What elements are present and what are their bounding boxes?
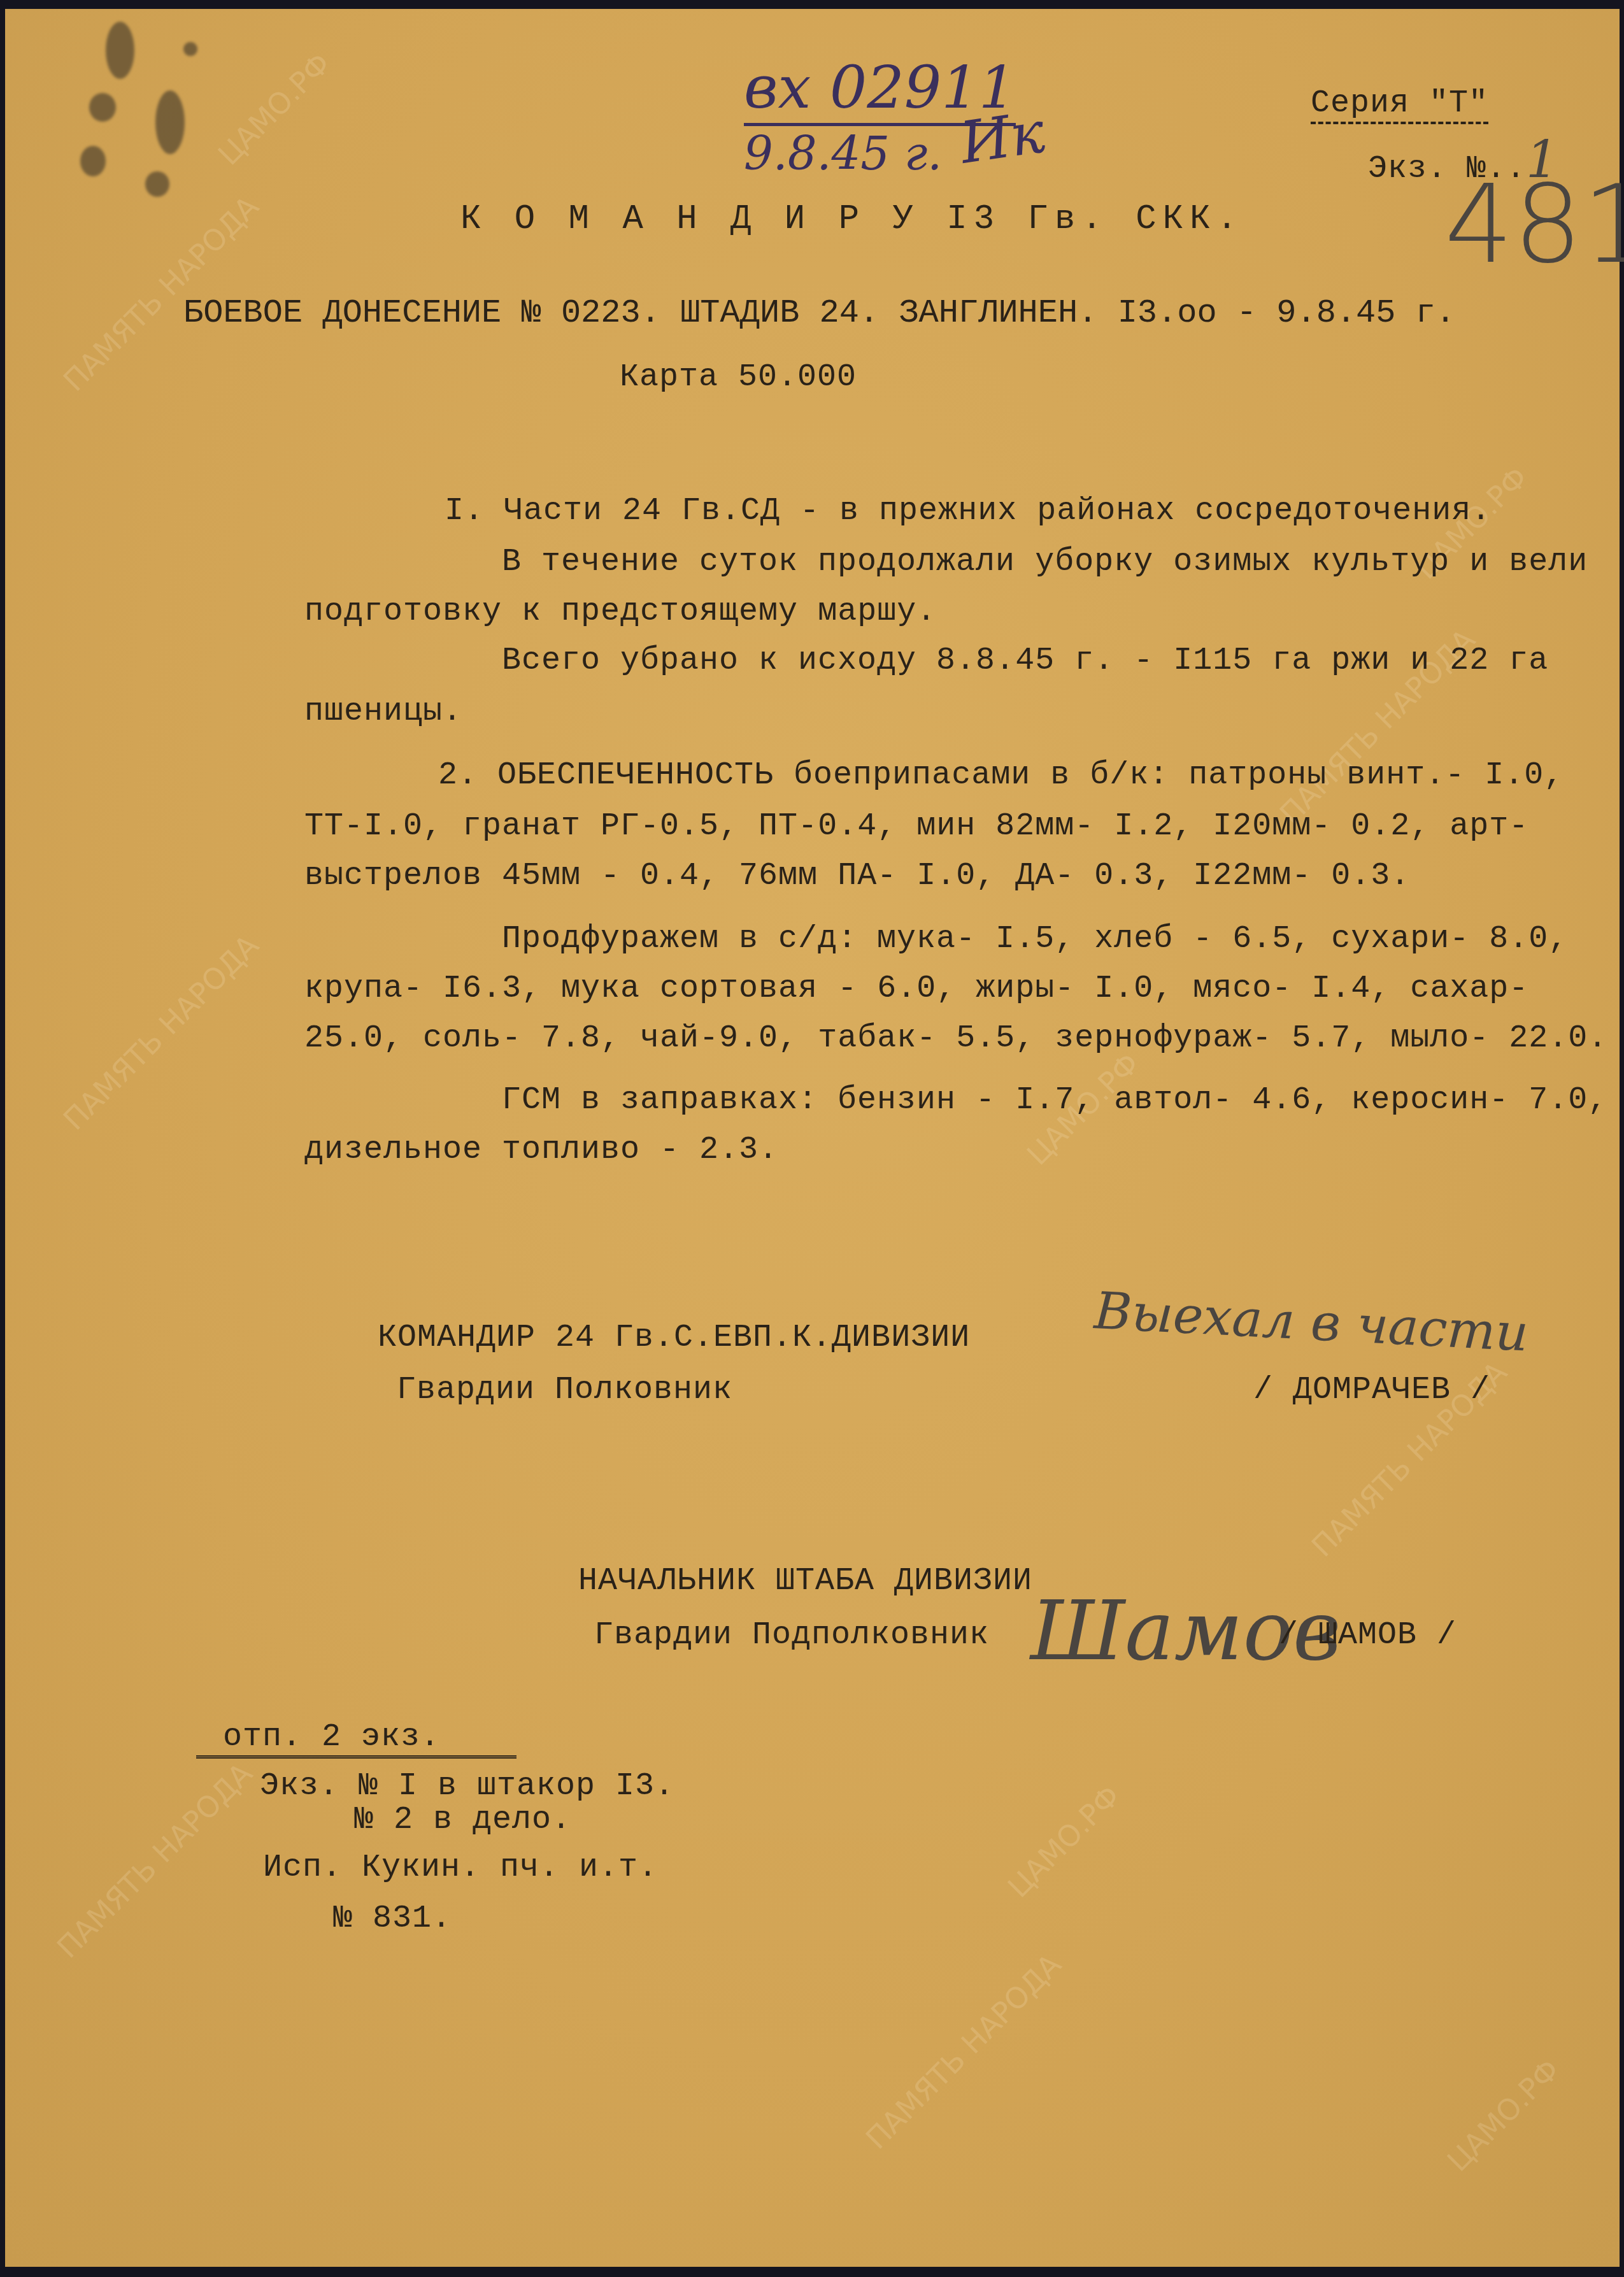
ink-stain bbox=[89, 93, 116, 122]
watermark-project: ПАМЯТЬ НАРОДА bbox=[859, 1947, 1068, 2156]
ink-stain bbox=[106, 22, 134, 79]
paragraph-2-line: ТТ-I.0, гранат РГ-0.5, ПТ-0.4, мин 82мм-… bbox=[304, 808, 1528, 845]
watermark-archive: ЦАМО.РФ bbox=[211, 46, 337, 171]
watermark-project: ПАМЯТЬ НАРОДА bbox=[57, 928, 266, 1137]
report-title: БОЕВОЕ ДОНЕСЕНИЕ № 0223. ШТАДИВ 24. ЗАНГ… bbox=[183, 294, 1455, 332]
watermark-archive: ЦАМО.РФ bbox=[1001, 1778, 1127, 1904]
ink-stain bbox=[183, 42, 197, 56]
commander-title: КОМАНДИР 24 Гв.С.ЕВП.К.ДИВИЗИИ bbox=[378, 1320, 970, 1356]
ink-stain bbox=[155, 90, 185, 154]
outgoing-number: № 831. bbox=[333, 1901, 452, 1937]
copies-note: отп. 2 экз. bbox=[196, 1719, 516, 1759]
paragraph-4-line: ГСМ в заправках: бензин - I.7, автол- 4.… bbox=[502, 1082, 1607, 1118]
watermark-project: ПАМЯТЬ НАРОДА bbox=[50, 1756, 259, 1965]
paragraph-1-line: подготовку к предстоящему маршу. bbox=[304, 594, 936, 630]
paragraph-4-line: дизельное топливо - 2.3. bbox=[304, 1132, 778, 1168]
addressee: К О М А Н Д И Р У I3 Гв. СКК. bbox=[460, 200, 1244, 239]
paragraph-1-line: Всего убрано к исходу 8.8.45 г. - I115 г… bbox=[502, 643, 1548, 679]
archival-document-page: ЦАМО.РФ ПАМЯТЬ НАРОДА ЦАМО.РФ ПАМЯТЬ НАР… bbox=[5, 9, 1620, 2267]
map-scale: Карта 50.000 bbox=[620, 359, 857, 396]
incoming-initials: Ик bbox=[956, 99, 1049, 176]
watermark-archive: ЦАМО.РФ bbox=[1441, 2052, 1566, 2178]
paragraph-2-line: 2. ОБЕСПЕЧЕННОСТЬ боеприпасами в б/к: па… bbox=[438, 757, 1563, 794]
series-label: Серия "Т" bbox=[1311, 85, 1488, 124]
commander-name: / ДОМРАЧЕВ / bbox=[1253, 1372, 1490, 1408]
executor-note: Исп. Кукин. пч. и.т. bbox=[263, 1850, 658, 1886]
commander-handnote: Выехал в части bbox=[1093, 1281, 1530, 1363]
ink-stain bbox=[80, 146, 106, 176]
paragraph-1-line: I. Части 24 Гв.СД - в прежних районах со… bbox=[445, 493, 1491, 529]
paragraph-1-line: пшеницы. bbox=[304, 694, 462, 730]
watermark-project: ПАМЯТЬ НАРОДА bbox=[57, 189, 266, 398]
copy-2-destination: № 2 в дело. bbox=[354, 1802, 571, 1838]
copy-1-destination: Экз. № I в штакор I3. bbox=[260, 1768, 674, 1804]
paragraph-1-line: В течение суток продолжали уборку озимых… bbox=[502, 544, 1588, 580]
chief-of-staff-name: / ШАМОВ / bbox=[1279, 1617, 1457, 1653]
commander-rank: Гвардии Полковник bbox=[397, 1372, 732, 1408]
ink-stain bbox=[145, 171, 169, 197]
paragraph-3-line: 25.0, соль- 7.8, чай-9.0, табак- 5.5, зе… bbox=[304, 1020, 1607, 1057]
paragraph-2-line: выстрелов 45мм - 0.4, 76мм ПА- I.0, ДА- … bbox=[304, 858, 1410, 894]
paragraph-3-line: крупа- I6.3, мука сортовая - 6.0, жиры- … bbox=[304, 971, 1528, 1007]
incoming-date: 9.8.45 г. bbox=[744, 127, 942, 180]
chief-of-staff-title: НАЧАЛЬНИК ШТАБА ДИВИЗИИ bbox=[578, 1563, 1032, 1599]
paragraph-3-line: Продфуражем в с/д: мука- I.5, хлеб - 6.5… bbox=[502, 921, 1568, 957]
page-number: 481 bbox=[1444, 162, 1624, 288]
chief-of-staff-rank: Гвардии Подполковник bbox=[594, 1617, 989, 1653]
